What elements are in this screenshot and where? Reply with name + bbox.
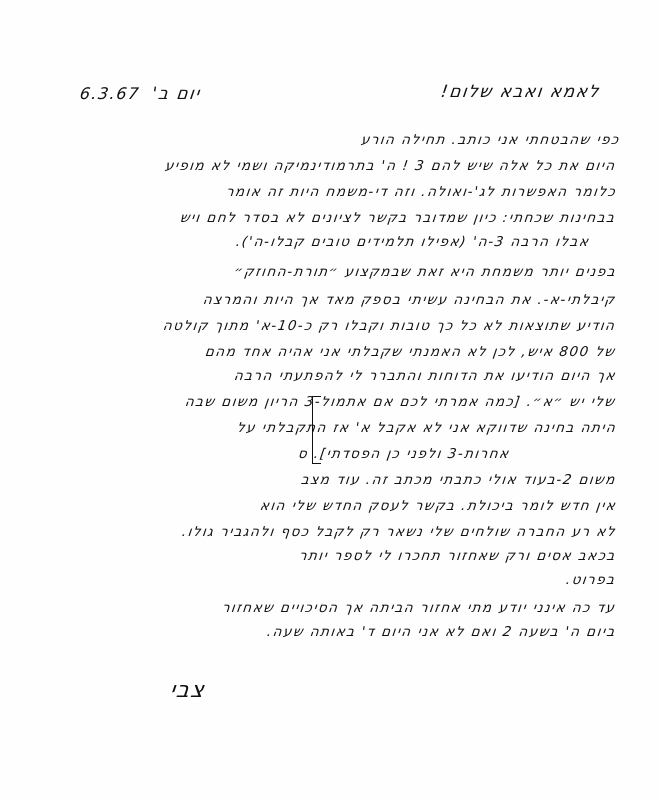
letter-line: כלומר האפשרות לג'-ואולה. וזה די-משמח היו…: [225, 184, 618, 200]
letter-greeting: לאמא ואבא שלום!: [440, 82, 602, 102]
signature: צבי: [168, 678, 207, 703]
letter-line: היום את כל אלה שיש להם 3 ! ה' בתרמודינמי…: [164, 158, 617, 174]
letter-page: 6.3.67 יום ב' לאמא ואבא שלום! כפי שהבטחת…: [0, 0, 660, 800]
letter-line: בפנים יותר משמחת היא זאת שבמקצוע ״תורת-ה…: [233, 264, 617, 280]
letter-line: אין חדש לומר ביכולת. בקשר לעסק החדש שלי …: [259, 498, 618, 514]
letter-line: בפרוט.: [565, 572, 617, 588]
letter-weekday: יום ב': [151, 84, 202, 104]
letter-line: עד כה אינני יודע מתי אחזור הביתה אך הסיכ…: [221, 600, 617, 616]
bracket-mark: [312, 396, 321, 464]
letter-line: שלי יש ״א״. [כמה אמרתי לכם אם אתמול-3 הר…: [184, 394, 617, 410]
letter-line: כפי שהבטחתי אני כותב. תחילה הורע: [360, 132, 621, 148]
letter-line: ביום ה' בשעה 2 ואם לא אני היום ד' באותה …: [266, 624, 617, 640]
letter-line: לא רע החברה שולחים שלי נשאר רק לקבל כסף …: [181, 524, 617, 540]
letter-line: אבלו הרבה 3-ה' (אפילו תלמידים טובים קבלו…: [235, 234, 591, 250]
letter-line: אך היום הודיעו את הדוחות והתברר לי להפתע…: [233, 368, 617, 384]
letter-line: משום 2-בעוד אולי כתבתי מכתב זה. עוד מצב: [300, 472, 617, 488]
letter-date: 6.3.67: [79, 84, 142, 103]
letter-line: בכאב אסים ורק שאחזור תחכרו לי לספר יותר: [298, 548, 617, 564]
letter-line: אחרות-3 ולפני כן הפסדתי]. ס: [297, 446, 511, 462]
letter-line: הודיע שתוצאות לא כל כך טובות וקבלו רק כ-…: [162, 318, 617, 334]
letter-line: בבחינות שכחתי: כיון שמדובר בקשר לציונים …: [179, 210, 617, 226]
letter-line: קיבלתי-א-. את הבחינה עשיתי בספק מאד אך ה…: [202, 292, 617, 308]
letter-line: של 800 איש, לכן לא האמנתי שקבלתי אני אהי…: [204, 344, 617, 360]
letter-line: היתה בחינה שדווקא אני לא אקבל א' אז התקב…: [236, 420, 618, 436]
